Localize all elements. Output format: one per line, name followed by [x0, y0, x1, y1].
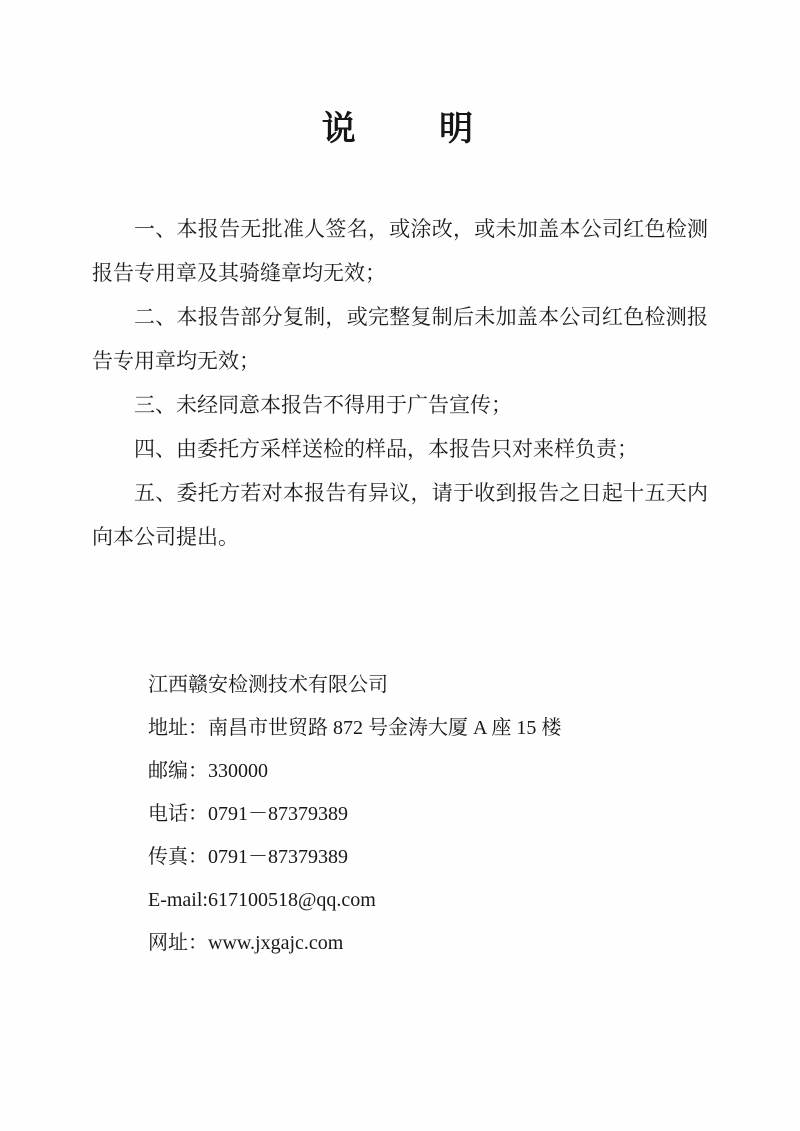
company-address: 地址：南昌市世贸路 872 号金涛大厦 A 座 15 楼 [148, 707, 708, 750]
notice-clause-4: 四、由委托方采样送检的样品，本报告只对来样负责； [92, 427, 708, 471]
notice-clause-5: 五、委托方若对本报告有异议，请于收到报告之日起十五天内向本公司提出。 [92, 471, 708, 559]
contact-section: 江西赣安检测技术有限公司 地址：南昌市世贸路 872 号金涛大厦 A 座 15 … [92, 664, 708, 965]
company-email: E-mail:617100518@qq.com [148, 879, 708, 922]
company-fax: 传真：0791－87379389 [148, 836, 708, 879]
company-name: 江西赣安检测技术有限公司 [148, 664, 708, 707]
scanned-report-page: 说 明 一、本报告无批准人签名，或涂改，或未加盖本公司红色检测报告专用章及其骑缝… [0, 0, 800, 1131]
notice-section: 一、本报告无批准人签名，或涂改，或未加盖本公司红色检测报告专用章及其骑缝章均无效… [92, 207, 708, 559]
company-phone: 电话：0791－87379389 [148, 793, 708, 836]
notice-clause-2: 二、本报告部分复制，或完整复制后未加盖本公司红色检测报告专用章均无效； [92, 295, 708, 383]
page-title: 说 明 [0, 113, 800, 147]
notice-clause-3: 三、未经同意本报告不得用于广告宣传； [92, 383, 708, 427]
notice-clause-1: 一、本报告无批准人签名，或涂改，或未加盖本公司红色检测报告专用章及其骑缝章均无效… [92, 207, 708, 295]
company-postcode: 邮编：330000 [148, 750, 708, 793]
company-website: 网址：www.jxgajc.com [148, 922, 708, 965]
